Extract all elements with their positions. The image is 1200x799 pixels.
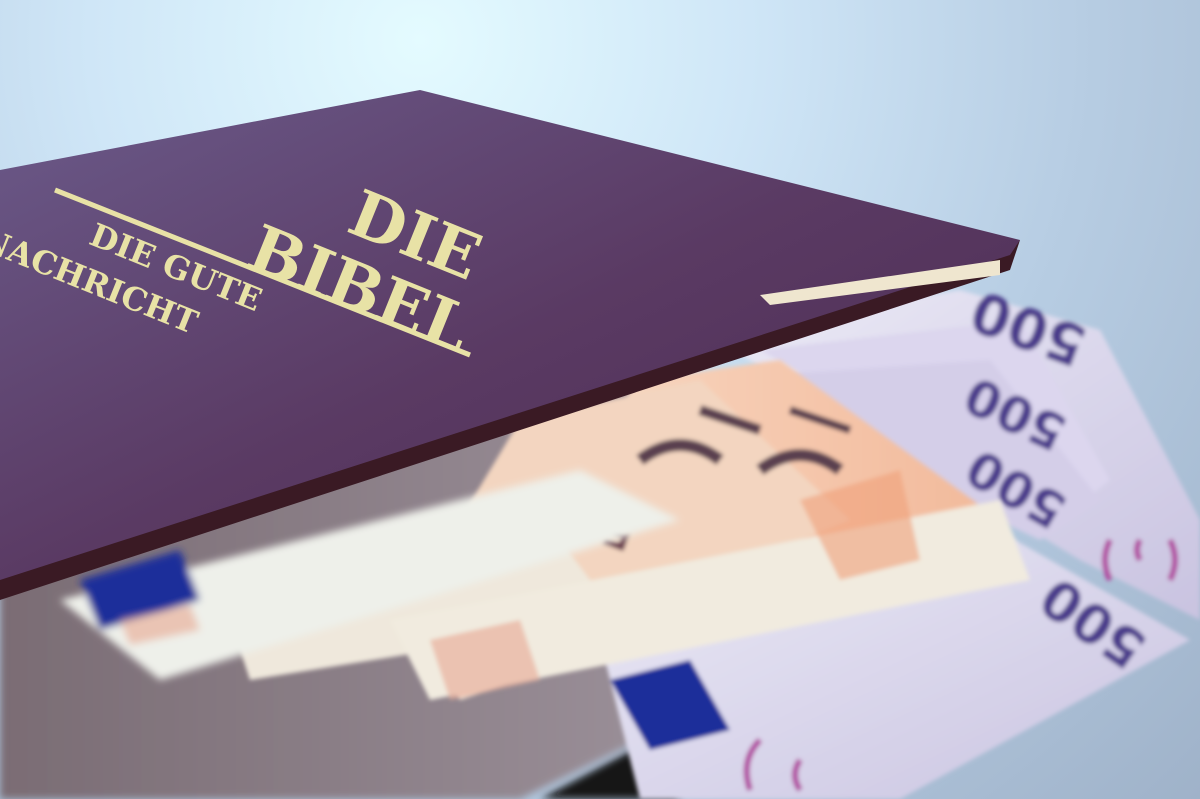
photo-scene: 500 500 500 500 50 bbox=[0, 0, 1200, 799]
photo-illustration: 500 500 500 500 50 bbox=[0, 0, 1200, 799]
